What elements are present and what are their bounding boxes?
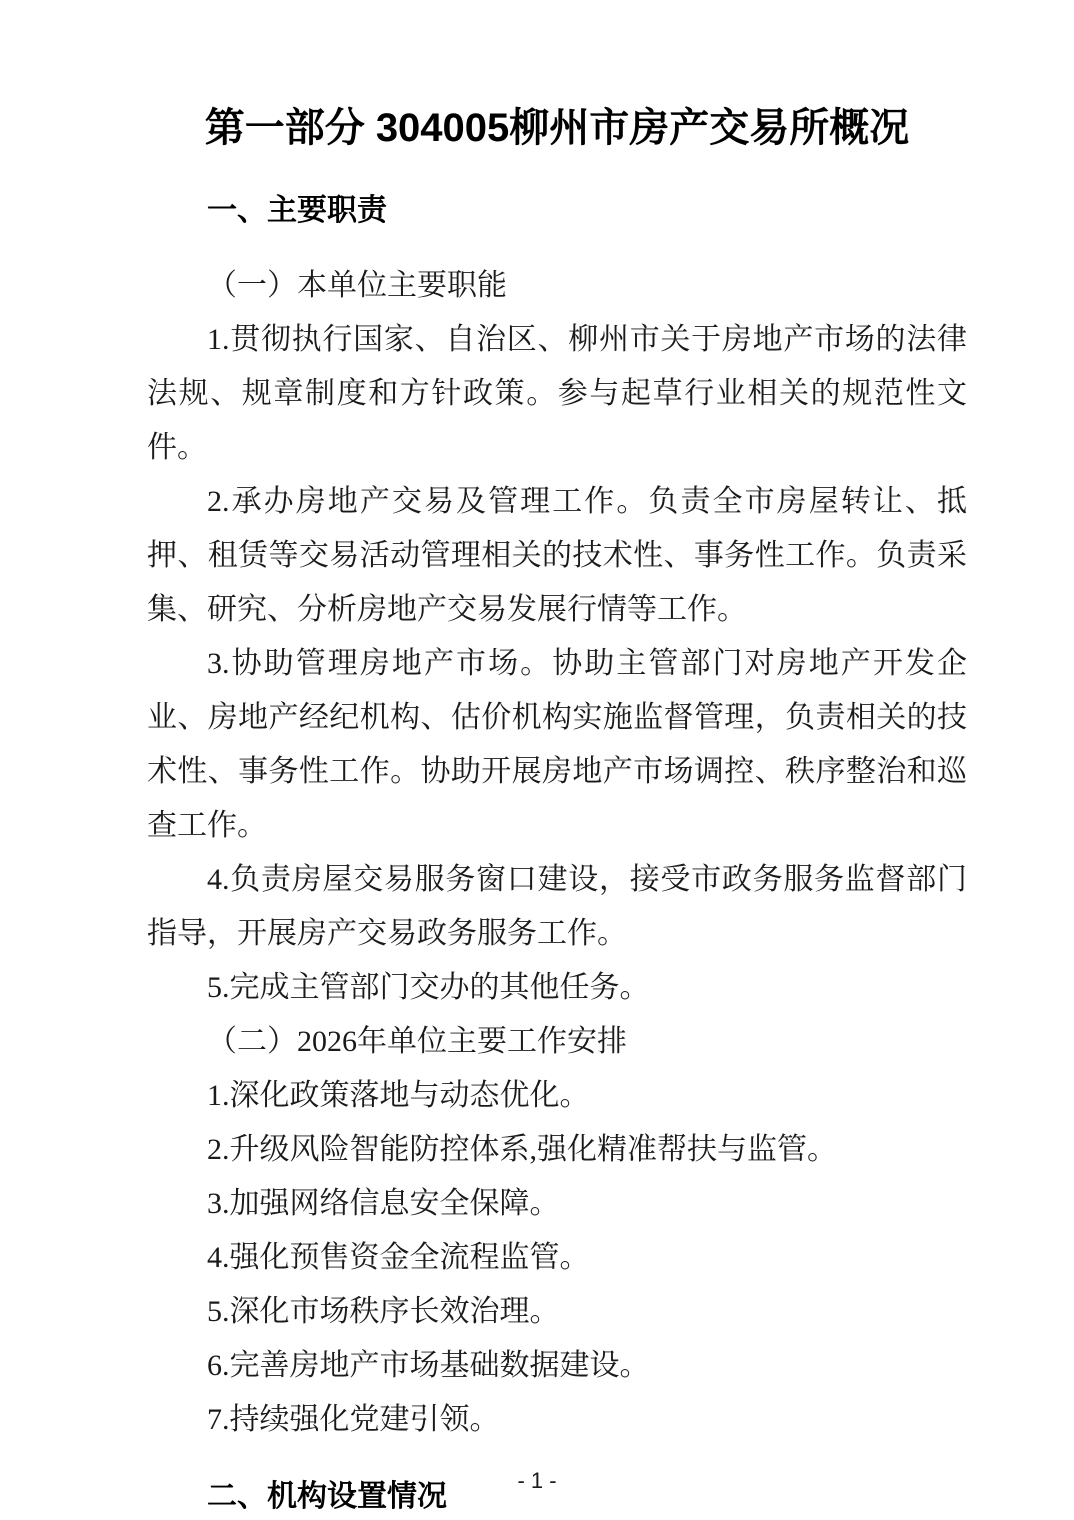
subsection-heading-2026-work-plan: （二）2026年单位主要工作安排 xyxy=(147,1015,967,1069)
paragraph-function-5: 5.完成主管部门交办的其他任务。 xyxy=(147,961,967,1015)
page-number: - 1 - xyxy=(0,1468,1074,1494)
paragraph-plan-2: 2.升级风险智能防控体系,强化精准帮扶与监管。 xyxy=(147,1123,967,1177)
paragraph-function-4: 4.负责房屋交易服务窗口建设，接受市政务服务监督部门指导，开展房产交易政务服务工… xyxy=(147,853,967,961)
paragraph-plan-1: 1.深化政策落地与动态优化。 xyxy=(147,1069,967,1123)
paragraph-plan-7: 7.持续强化党建引领。 xyxy=(147,1393,967,1447)
paragraph-plan-3: 3.加强网络信息安全保障。 xyxy=(147,1177,967,1231)
document-page: 第一部分 304005柳州市房产交易所概况 一、主要职责 （一）本单位主要职能 … xyxy=(0,0,1074,1520)
paragraph-plan-6: 6.完善房地产市场基础数据建设。 xyxy=(147,1339,967,1393)
section-heading-main-duties: 一、主要职责 xyxy=(147,183,967,238)
section-body: （一）本单位主要职能 1.贯彻执行国家、自治区、柳州市关于房地产市场的法律法规、… xyxy=(147,259,967,1447)
paragraph-function-1: 1.贯彻执行国家、自治区、柳州市关于房地产市场的法律法规、规章制度和方针政策。参… xyxy=(147,313,967,475)
paragraph-plan-5: 5.深化市场秩序长效治理。 xyxy=(147,1285,967,1339)
paragraph-function-3: 3.协助管理房地产市场。协助主管部门对房地产开发企业、房地产经纪机构、估价机构实… xyxy=(147,637,967,853)
document-title: 第一部分 304005柳州市房产交易所概况 xyxy=(147,100,967,156)
paragraph-function-2: 2.承办房地产交易及管理工作。负责全市房屋转让、抵押、租赁等交易活动管理相关的技… xyxy=(147,475,967,637)
subsection-heading-unit-functions: （一）本单位主要职能 xyxy=(147,259,967,313)
paragraph-plan-4: 4.强化预售资金全流程监管。 xyxy=(147,1231,967,1285)
